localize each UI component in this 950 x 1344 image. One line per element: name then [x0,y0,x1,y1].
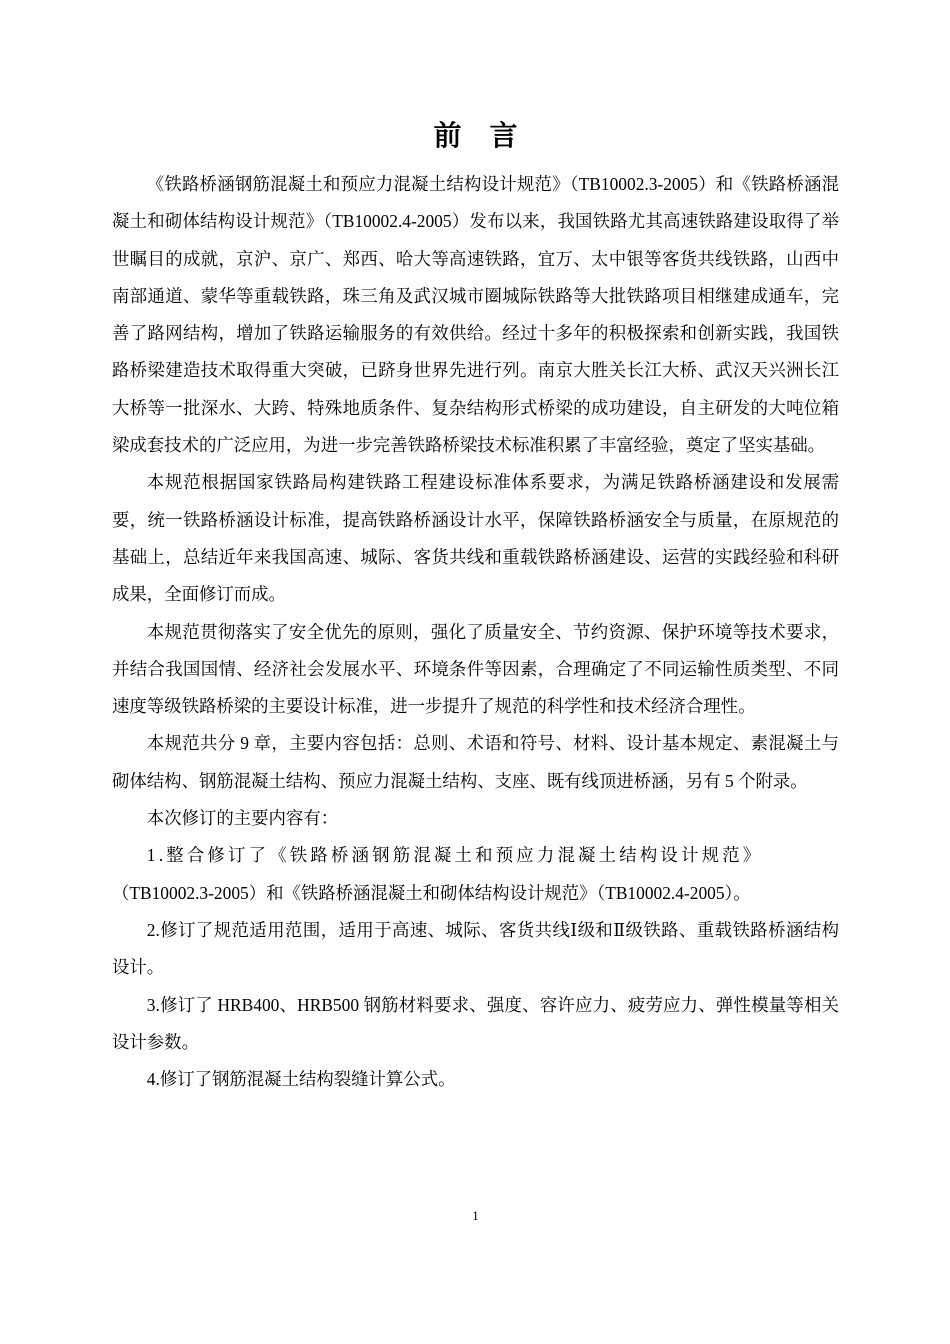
revision-item-4: 4.修订了钢筋混凝土结构裂缝计算公式。 [112,1061,839,1098]
paragraph-intro: 《铁路桥涵钢筋混凝土和预应力混凝土结构设计规范》（TB10002.3-2005）… [112,166,839,464]
preface-body: 《铁路桥涵钢筋混凝土和预应力混凝土结构设计规范》（TB10002.3-2005）… [112,166,839,1098]
revision-list: 1.整合修订了《铁路桥涵钢筋混凝土和预应力混凝土结构设计规范》 （TB10002… [112,837,839,1098]
page-number: 1 [112,1208,839,1224]
paragraph-revisions-heading: 本次修订的主要内容有： [112,800,839,837]
title-char-2: 言 [490,119,518,152]
title-char-1: 前 [433,119,461,152]
page-title: 前言 [112,118,839,154]
revision-item-2: 2.修订了规范适用范围，适用于高速、城际、客货共线Ⅰ级和Ⅱ级铁路、重载铁路桥涵结… [112,912,839,987]
paragraph-structure: 本规范共分 9 章，主要内容包括：总则、术语和符号、材料、设计基本规定、素混凝土… [112,725,839,800]
paragraph-principles: 本规范贯彻落实了安全优先的原则，强化了质量安全、节约资源、保护环境等技术要求，并… [112,614,839,726]
paragraph-basis: 本规范根据国家铁路局构建铁路工程建设标准体系要求，为满足铁路桥涵建设和发展需要，… [112,464,839,613]
revision-item-3: 3.修订了 HRB400、HRB500 钢筋材料要求、强度、容许应力、疲劳应力、… [112,987,839,1062]
revision-item-1-line-1: 1.整合修订了《铁路桥涵钢筋混凝土和预应力混凝土结构设计规范》 [112,837,839,874]
revision-item-1-line-2: （TB10002.3-2005）和《铁路桥涵混凝土和砌体结构设计规范》（TB10… [112,875,839,912]
